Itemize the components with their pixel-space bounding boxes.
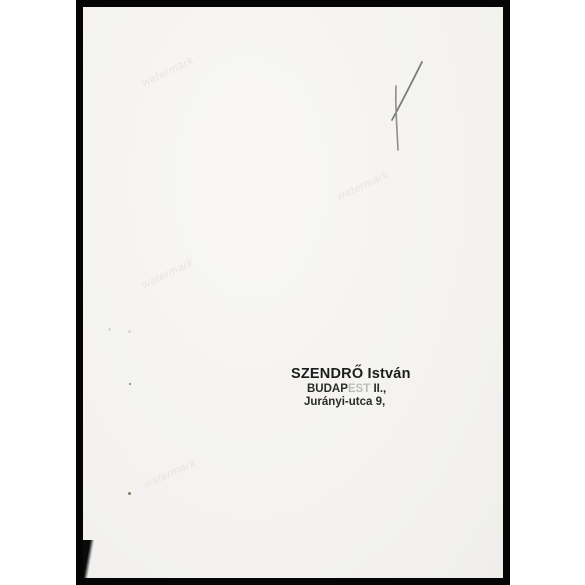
paper-speck — [128, 492, 131, 495]
stamp-district: II., — [373, 383, 386, 395]
stamp-city: BUDAP — [307, 383, 348, 395]
photographer-stamp: SZENDRŐ István BUDAPEST II., Jurányi-utc… — [291, 366, 411, 409]
stamp-photographer-name: SZENDRŐ István — [291, 366, 411, 383]
photo-back-paper — [83, 7, 503, 578]
torn-corner — [83, 540, 97, 578]
paper-mark — [128, 330, 131, 333]
pencil-check-mark-icon — [388, 58, 428, 153]
paper-mark — [108, 328, 111, 331]
stamp-city-line: BUDAPEST II., — [307, 383, 411, 396]
paper-speck — [129, 383, 131, 385]
stamp-city-smudged: EST — [348, 383, 370, 395]
stamp-street: Jurányi-utca 9, — [304, 396, 411, 409]
